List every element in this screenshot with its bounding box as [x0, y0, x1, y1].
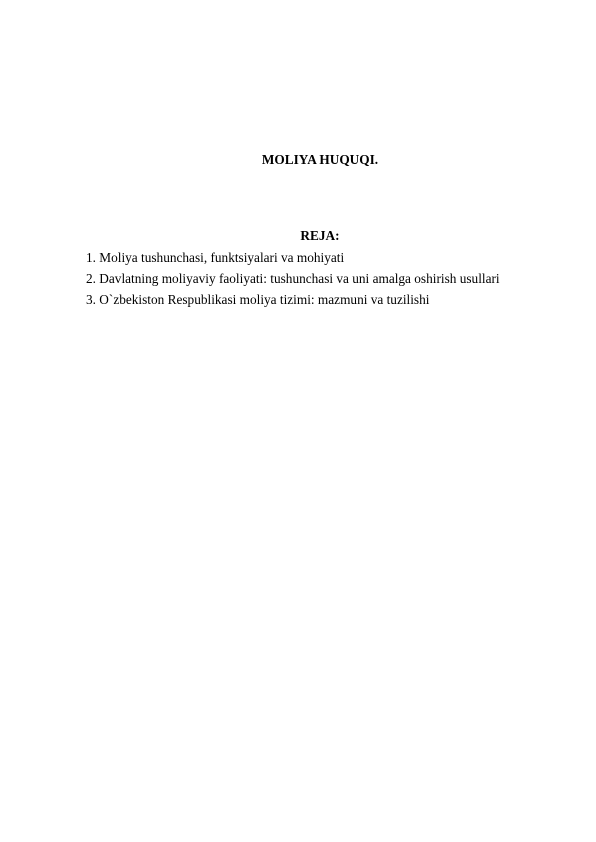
plan-item: 2. Davlatning moliyaviy faoliyati: tushu… [86, 271, 500, 292]
plan-item: 1. Moliya tushunchasi, funktsiyalari va … [86, 250, 500, 271]
plan-list: 1. Moliya tushunchasi, funktsiyalari va … [86, 250, 500, 313]
document-page: MOLIYA HUQUQI. REJA: 1. Moliya tushuncha… [0, 0, 596, 842]
document-title: MOLIYA HUQUQI. [0, 152, 596, 168]
plan-item: 3. O`zbekiston Respublikasi moliya tizim… [86, 292, 500, 313]
plan-heading: REJA: [0, 228, 596, 244]
